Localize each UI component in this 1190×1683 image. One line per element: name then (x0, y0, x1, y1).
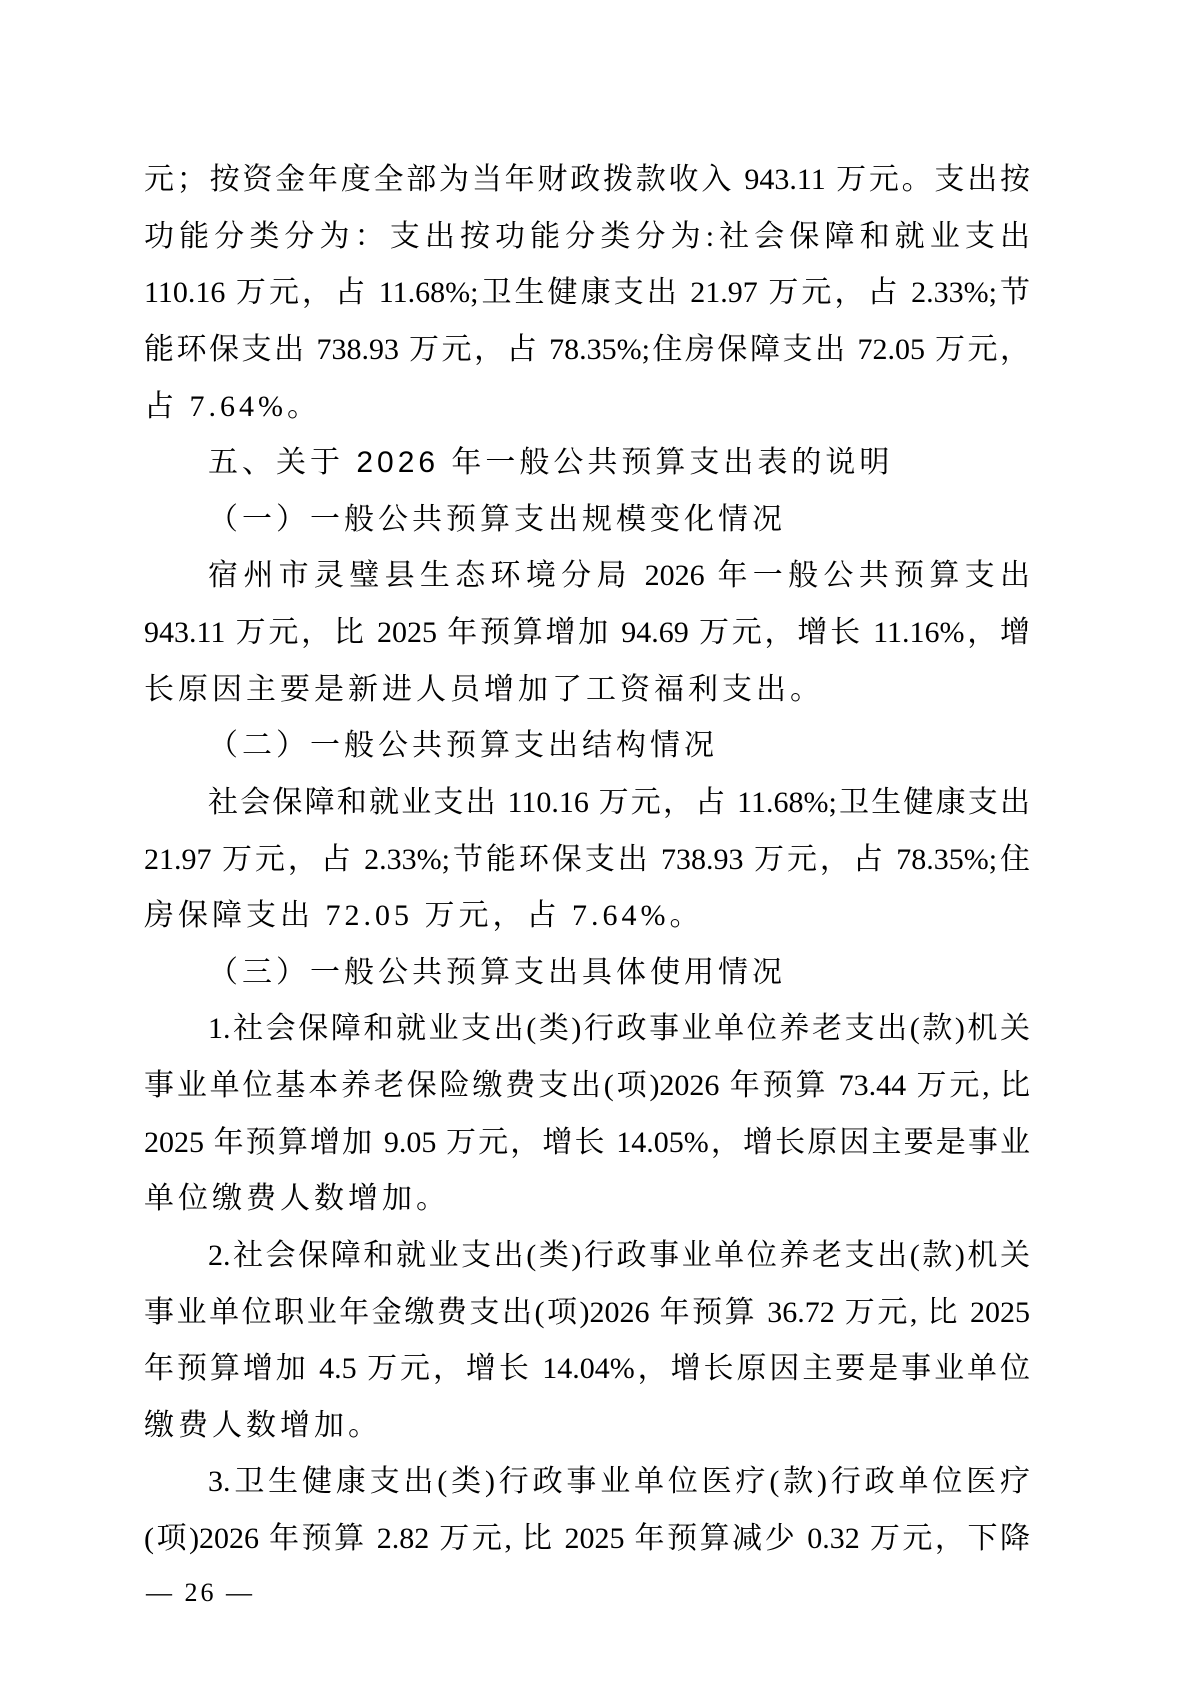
body-line: 943.11 万元，比 2025 年预算增加 94.69 万元，增长 11.16… (144, 605, 1030, 662)
body-line: 2025 年预算增加 9.05 万元，增长 14.05%，增长原因主要是事业 (144, 1115, 1030, 1172)
subsection-heading-1: （一）一般公共预算支出规模变化情况 (144, 492, 1030, 549)
body-line: 110.16 万元，占 11.68%;卫生健康支出 21.97 万元，占 2.3… (144, 265, 1030, 322)
document-body: 元；按资金年度全部为当年财政拨款收入 943.11 万元。支出按 功能分类分为：… (144, 152, 1030, 1568)
heading-line: 五、关于 2026 年一般公共预算支出表的说明 (144, 435, 1030, 492)
body-line: 占 7.64%。 (144, 379, 1030, 436)
body-line: (项)2026 年预算 2.82 万元, 比 2025 年预算减少 0.32 万… (144, 1511, 1030, 1568)
body-line: 房保障支出 72.05 万元，占 7.64%。 (144, 888, 1030, 945)
body-line: 宿州市灵璧县生态环境分局 2026 年一般公共预算支出 (144, 548, 1030, 605)
body-line: 3.卫生健康支出(类)行政事业单位医疗(款)行政单位医疗 (144, 1454, 1030, 1511)
page-footer: — 26 — (144, 1578, 1030, 1608)
document-page: 元；按资金年度全部为当年财政拨款收入 943.11 万元。支出按 功能分类分为：… (0, 0, 1190, 1683)
subsection-heading-3: （三）一般公共预算支出具体使用情况 (144, 945, 1030, 1002)
body-line: 单位缴费人数增加。 (144, 1171, 1030, 1228)
body-line: 长原因主要是新进人员增加了工资福利支出。 (144, 662, 1030, 719)
body-line: 功能分类分为：支出按功能分类分为:社会保障和就业支出 (144, 209, 1030, 266)
paragraph: 2.社会保障和就业支出(类)行政事业单位养老支出(款)机关 事业单位职业年金缴费… (144, 1228, 1030, 1455)
body-line: 社会保障和就业支出 110.16 万元，占 11.68%;卫生健康支出 (144, 775, 1030, 832)
subsection-heading-2: （二）一般公共预算支出结构情况 (144, 718, 1030, 775)
heading-line: （三）一般公共预算支出具体使用情况 (144, 945, 1030, 1002)
paragraph: 1.社会保障和就业支出(类)行政事业单位养老支出(款)机关 事业单位基本养老保险… (144, 1001, 1030, 1228)
heading-line: （一）一般公共预算支出规模变化情况 (144, 492, 1030, 549)
page-number: — 26 — (146, 1578, 255, 1607)
body-line: 事业单位基本养老保险缴费支出(项)2026 年预算 73.44 万元, 比 (144, 1058, 1030, 1115)
body-line: 1.社会保障和就业支出(类)行政事业单位养老支出(款)机关 (144, 1001, 1030, 1058)
body-line: 事业单位职业年金缴费支出(项)2026 年预算 36.72 万元, 比 2025 (144, 1285, 1030, 1342)
body-line: 能环保支出 738.93 万元，占 78.35%;住房保障支出 72.05 万元… (144, 322, 1030, 379)
body-line: 21.97 万元，占 2.33%;节能环保支出 738.93 万元，占 78.3… (144, 832, 1030, 889)
body-line: 元；按资金年度全部为当年财政拨款收入 943.11 万元。支出按 (144, 152, 1030, 209)
paragraph: 宿州市灵璧县生态环境分局 2026 年一般公共预算支出 943.11 万元，比 … (144, 548, 1030, 718)
paragraph: 元；按资金年度全部为当年财政拨款收入 943.11 万元。支出按 功能分类分为：… (144, 152, 1030, 435)
body-line: 年预算增加 4.5 万元，增长 14.04%，增长原因主要是事业单位 (144, 1341, 1030, 1398)
body-line: 2.社会保障和就业支出(类)行政事业单位养老支出(款)机关 (144, 1228, 1030, 1285)
heading-line: （二）一般公共预算支出结构情况 (144, 718, 1030, 775)
body-line: 缴费人数增加。 (144, 1398, 1030, 1455)
paragraph: 3.卫生健康支出(类)行政事业单位医疗(款)行政单位医疗 (项)2026 年预算… (144, 1454, 1030, 1567)
paragraph: 社会保障和就业支出 110.16 万元，占 11.68%;卫生健康支出 21.9… (144, 775, 1030, 945)
section-heading-5: 五、关于 2026 年一般公共预算支出表的说明 (144, 435, 1030, 492)
